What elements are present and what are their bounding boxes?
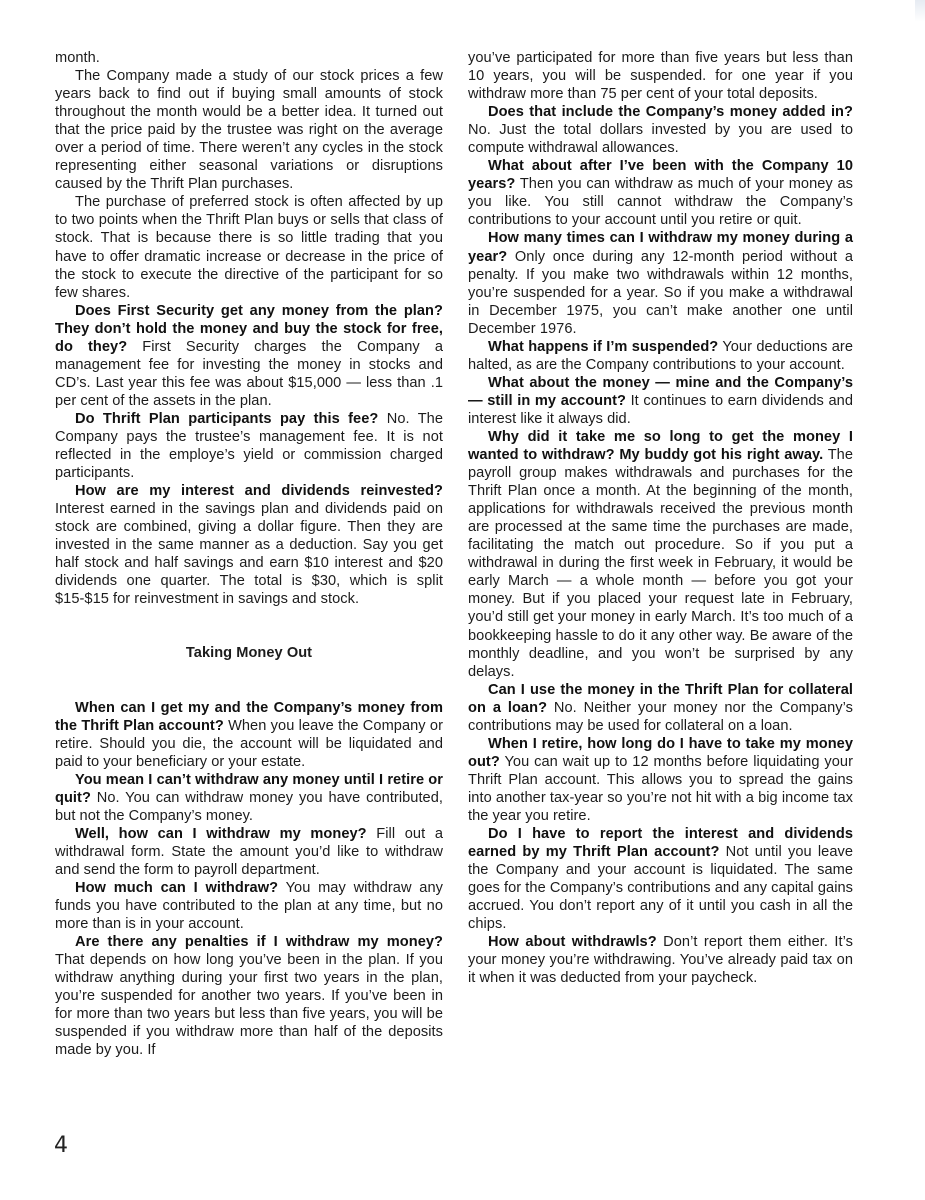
question: How are my interest and dividends reinve… [75, 483, 443, 499]
qa-paragraph: You mean I can’t withdraw any money unti… [55, 771, 443, 825]
answer: you’ve participated for more than five y… [468, 50, 853, 102]
paragraph: month. [55, 49, 443, 67]
qa-paragraph: Are there any penalties if I withdraw my… [55, 933, 443, 1059]
qa-paragraph: Why did it take me so long to get the mo… [468, 428, 853, 681]
section-heading: Taking Money Out [55, 644, 443, 662]
paragraph: The Company made a study of our stock pr… [55, 67, 443, 193]
qa-paragraph: When can I get my and the Company’s mone… [55, 699, 443, 771]
qa-paragraph: Can I use the money in the Thrift Plan f… [468, 681, 853, 735]
page-number: 4 [54, 1133, 68, 1158]
qa-paragraph: How many times can I withdraw my money d… [468, 229, 853, 337]
answer: No. You can withdraw money you have cont… [55, 790, 443, 824]
answer: The purchase of preferred stock is often… [55, 194, 443, 300]
question: Do Thrift Plan participants pay this fee… [75, 411, 378, 427]
paragraph: The purchase of preferred stock is often… [55, 193, 443, 301]
qa-paragraph: How much can I withdraw? You may withdra… [55, 879, 443, 933]
qa-paragraph: When I retire, how long do I have to tak… [468, 735, 853, 825]
question: What happens if I’m suspended? [488, 339, 718, 355]
question: How much can I withdraw? [75, 880, 278, 896]
answer: month. [55, 50, 100, 66]
right-column: you’ve participated for more than five y… [468, 49, 853, 987]
qa-paragraph: What about after I’ve been with the Comp… [468, 157, 853, 229]
qa-paragraph: Does First Security get any money from t… [55, 302, 443, 410]
answer: You can wait up to 12 months before liqu… [468, 754, 853, 824]
answer: No. Just the total dollars invested by y… [468, 122, 853, 156]
qa-paragraph: How are my interest and dividends reinve… [55, 482, 443, 608]
answer: The Company made a study of our stock pr… [55, 68, 443, 192]
question: How about withdrawls? [488, 934, 657, 950]
scan-edge-mark [915, 0, 925, 22]
left-column: month. The Company made a study of our s… [55, 49, 443, 1059]
qa-paragraph: Do Thrift Plan participants pay this fee… [55, 410, 443, 482]
question: Well, how can I withdraw my money? [75, 826, 367, 842]
answer: Only once during any 12-month period wit… [468, 249, 853, 337]
question: Are there any penalties if I withdraw my… [75, 934, 443, 950]
qa-paragraph: What about the money — mine and the Comp… [468, 374, 853, 428]
qa-paragraph: How about withdrawls? Don’t report them … [468, 933, 853, 987]
qa-paragraph: Well, how can I withdraw my money? Fill … [55, 825, 443, 879]
answer: Then you can withdraw as much of your mo… [468, 176, 853, 228]
answer: That depends on how long you’ve been in … [55, 952, 443, 1058]
qa-paragraph: Do I have to report the interest and div… [468, 825, 853, 933]
qa-paragraph: Does that include the Company’s money ad… [468, 103, 853, 157]
answer: The payroll group makes withdrawals and … [468, 447, 853, 680]
answer: Interest earned in the savings plan and … [55, 501, 443, 607]
paragraph: you’ve participated for more than five y… [468, 49, 853, 103]
question: Why did it take me so long to get the mo… [468, 429, 853, 463]
question: Does that include the Company’s money ad… [488, 104, 853, 120]
qa-paragraph: What happens if I’m suspended? Your dedu… [468, 338, 853, 374]
